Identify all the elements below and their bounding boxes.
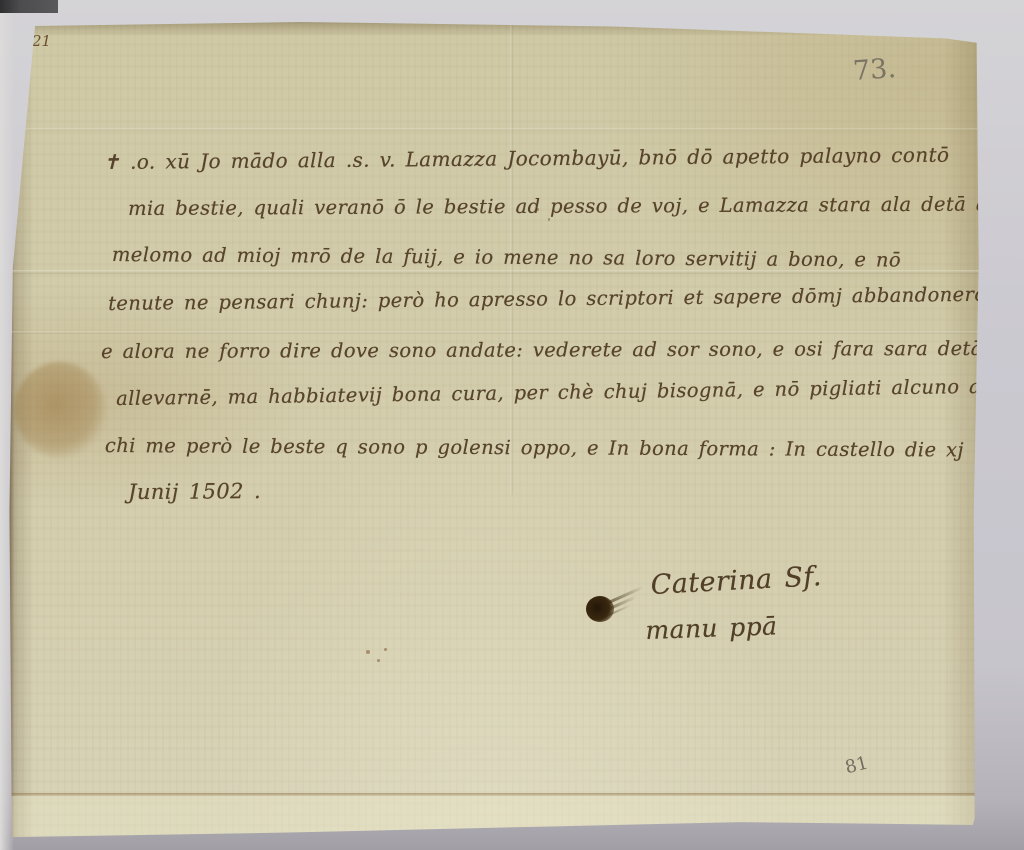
manuscript-line: e alora ne forro dire dove sono andate: … — [101, 337, 983, 363]
paper-speckle — [366, 650, 370, 654]
archival-number-top-left: 21 — [32, 32, 51, 50]
folio-number-bottom-right: 81 — [843, 752, 870, 778]
manuscript-paper: 21 73. 81 ✝ .o. xū Jo mādo alla .s. v. L… — [8, 22, 984, 838]
manuscript-line: chi me però le beste q sono p golensi op… — [105, 434, 964, 461]
signature-name: Caterina Sf. — [650, 561, 822, 601]
manuscript-line: allevarnē, ma habbiatevij bona cura, per… — [116, 374, 1024, 410]
paper-speckle — [377, 659, 380, 662]
dark-corner-strip — [0, 0, 58, 13]
manuscript-line: Junij 1502 . — [128, 479, 261, 504]
signature-manu-propria: manu ppā — [645, 611, 778, 645]
paper-bottom-fold-strip — [8, 796, 984, 838]
paper-speckle — [548, 218, 550, 221]
manuscript-line: ✝ .o. xū Jo mādo alla .s. v. Lamazza Joc… — [103, 143, 950, 174]
manuscript-line: melomo ad mioj mrō de la fuij, e io mene… — [112, 243, 901, 272]
folio-number-top-right: 73. — [852, 53, 897, 87]
photograph-of-letter: 21 73. 81 ✝ .o. xū Jo mādo alla .s. v. L… — [0, 0, 1024, 850]
paper-speckle — [384, 648, 387, 651]
fold-crease — [8, 331, 984, 334]
fold-crease — [8, 128, 984, 131]
manuscript-line: tenute ne pensari chunj: però ho apresso… — [108, 283, 1005, 315]
fold-crease — [8, 793, 984, 796]
paper-edge-shadow-top — [8, 22, 984, 36]
manuscript-line: mia bestie, quali veranō ō le bestie ad … — [128, 192, 1001, 220]
ink-blot-spot — [586, 596, 614, 622]
water-stain — [14, 362, 106, 458]
